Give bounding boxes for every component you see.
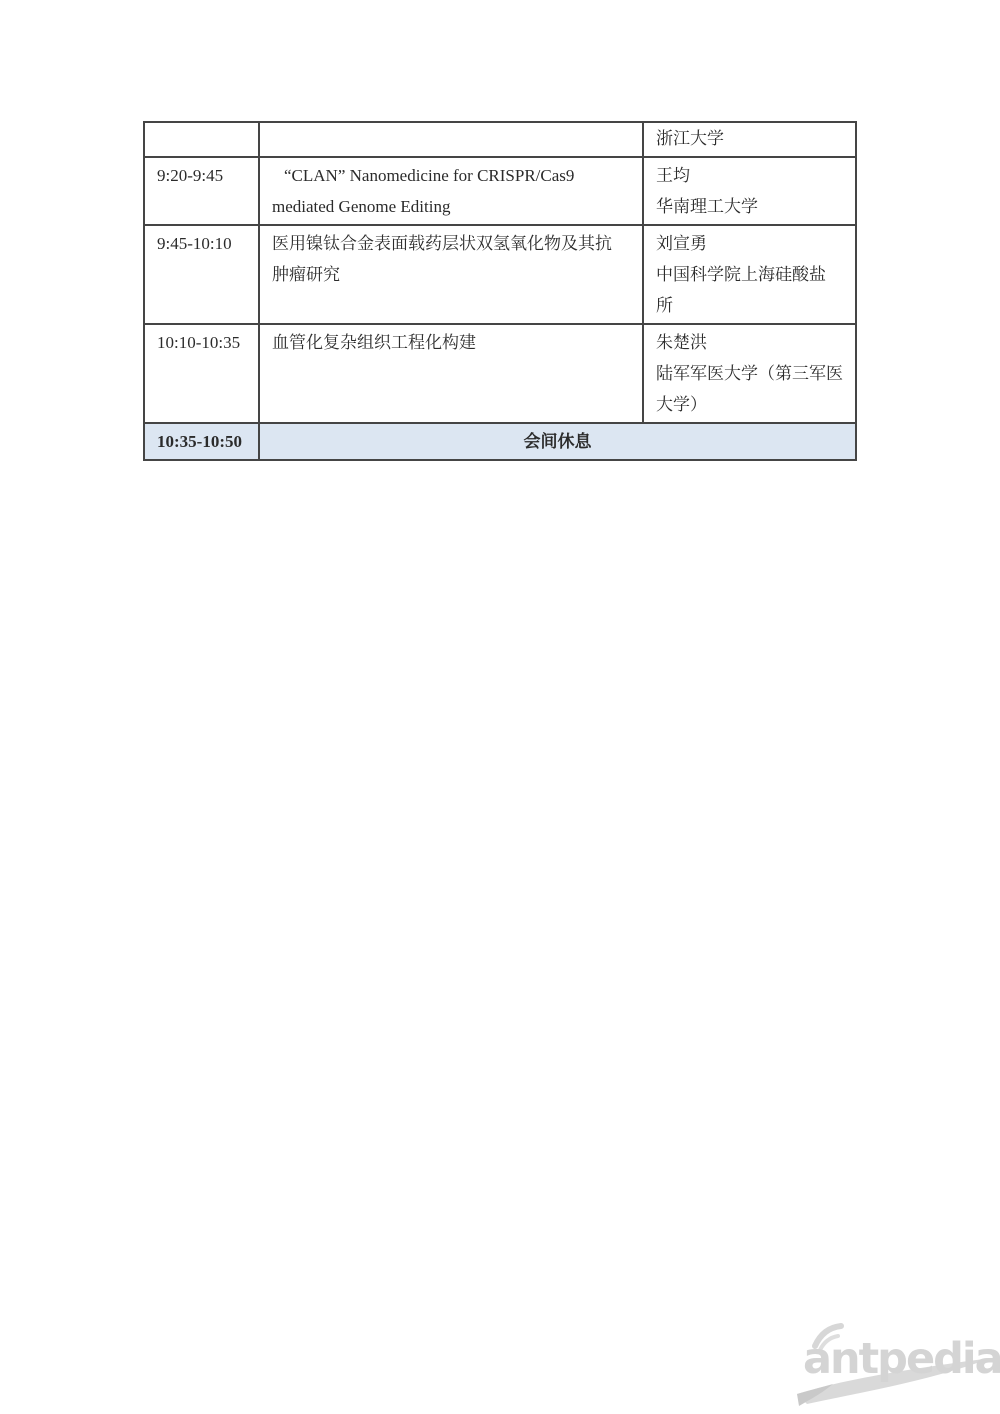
speaker-cell: 刘宣勇 中国科学院上海硅酸盐 所 [643,225,856,324]
speaker-cell: 浙江大学 [643,122,856,157]
time-cell [144,122,259,157]
table-row: 9:20-9:45 “CLAN” Nanomedicine for CRISPR… [144,157,856,225]
topic-line: 血管化复杂组织工程化构建 [272,327,634,358]
topic-line: “CLAN” Nanomedicine for CRISPR/Cas9 [272,160,634,191]
topic-cell [259,122,643,157]
speaker-line: 大学） [656,389,847,420]
speaker-line: 陆军军医大学（第三军医 [656,358,847,389]
break-row: 10:35-10:50 会间休息 [144,423,856,460]
table-row: 10:10-10:35 血管化复杂组织工程化构建 朱楚洪 陆军军医大学（第三军医… [144,324,856,423]
topic-cell: 医用镍钛合金表面载药层状双氢氧化物及其抗 肿瘤研究 [259,225,643,324]
table-row: 9:45-10:10 医用镍钛合金表面载药层状双氢氧化物及其抗 肿瘤研究 刘宣勇… [144,225,856,324]
speaker-line: 所 [656,290,847,321]
break-time-cell: 10:35-10:50 [144,423,259,460]
speaker-cell: 朱楚洪 陆军军医大学（第三军医 大学） [643,324,856,423]
document-page: 浙江大学 9:20-9:45 “CLAN” Nanomedicine for C… [0,0,1000,1414]
speaker-line: 王均 [656,160,847,191]
topic-line: mediated Genome Editing [272,191,634,222]
antpedia-watermark: antpedia [793,1320,995,1412]
topic-cell: “CLAN” Nanomedicine for CRISPR/Cas9 medi… [259,157,643,225]
topic-line: 医用镍钛合金表面载药层状双氢氧化物及其抗 [272,228,634,259]
speaker-line: 中国科学院上海硅酸盐 [656,259,847,290]
speaker-line: 浙江大学 [656,125,847,152]
table-row: 浙江大学 [144,122,856,157]
speaker-line: 华南理工大学 [656,191,847,222]
time-cell: 10:10-10:35 [144,324,259,423]
schedule-table: 浙江大学 9:20-9:45 “CLAN” Nanomedicine for C… [143,121,857,461]
time-cell: 9:20-9:45 [144,157,259,225]
speaker-line: 刘宣勇 [656,228,847,259]
topic-line: 肿瘤研究 [272,259,634,290]
time-cell: 9:45-10:10 [144,225,259,324]
break-label-cell: 会间休息 [259,423,856,460]
antpedia-logo-text: antpedia [803,1334,1000,1384]
speaker-cell: 王均 华南理工大学 [643,157,856,225]
speaker-line: 朱楚洪 [656,327,847,358]
topic-cell: 血管化复杂组织工程化构建 [259,324,643,423]
